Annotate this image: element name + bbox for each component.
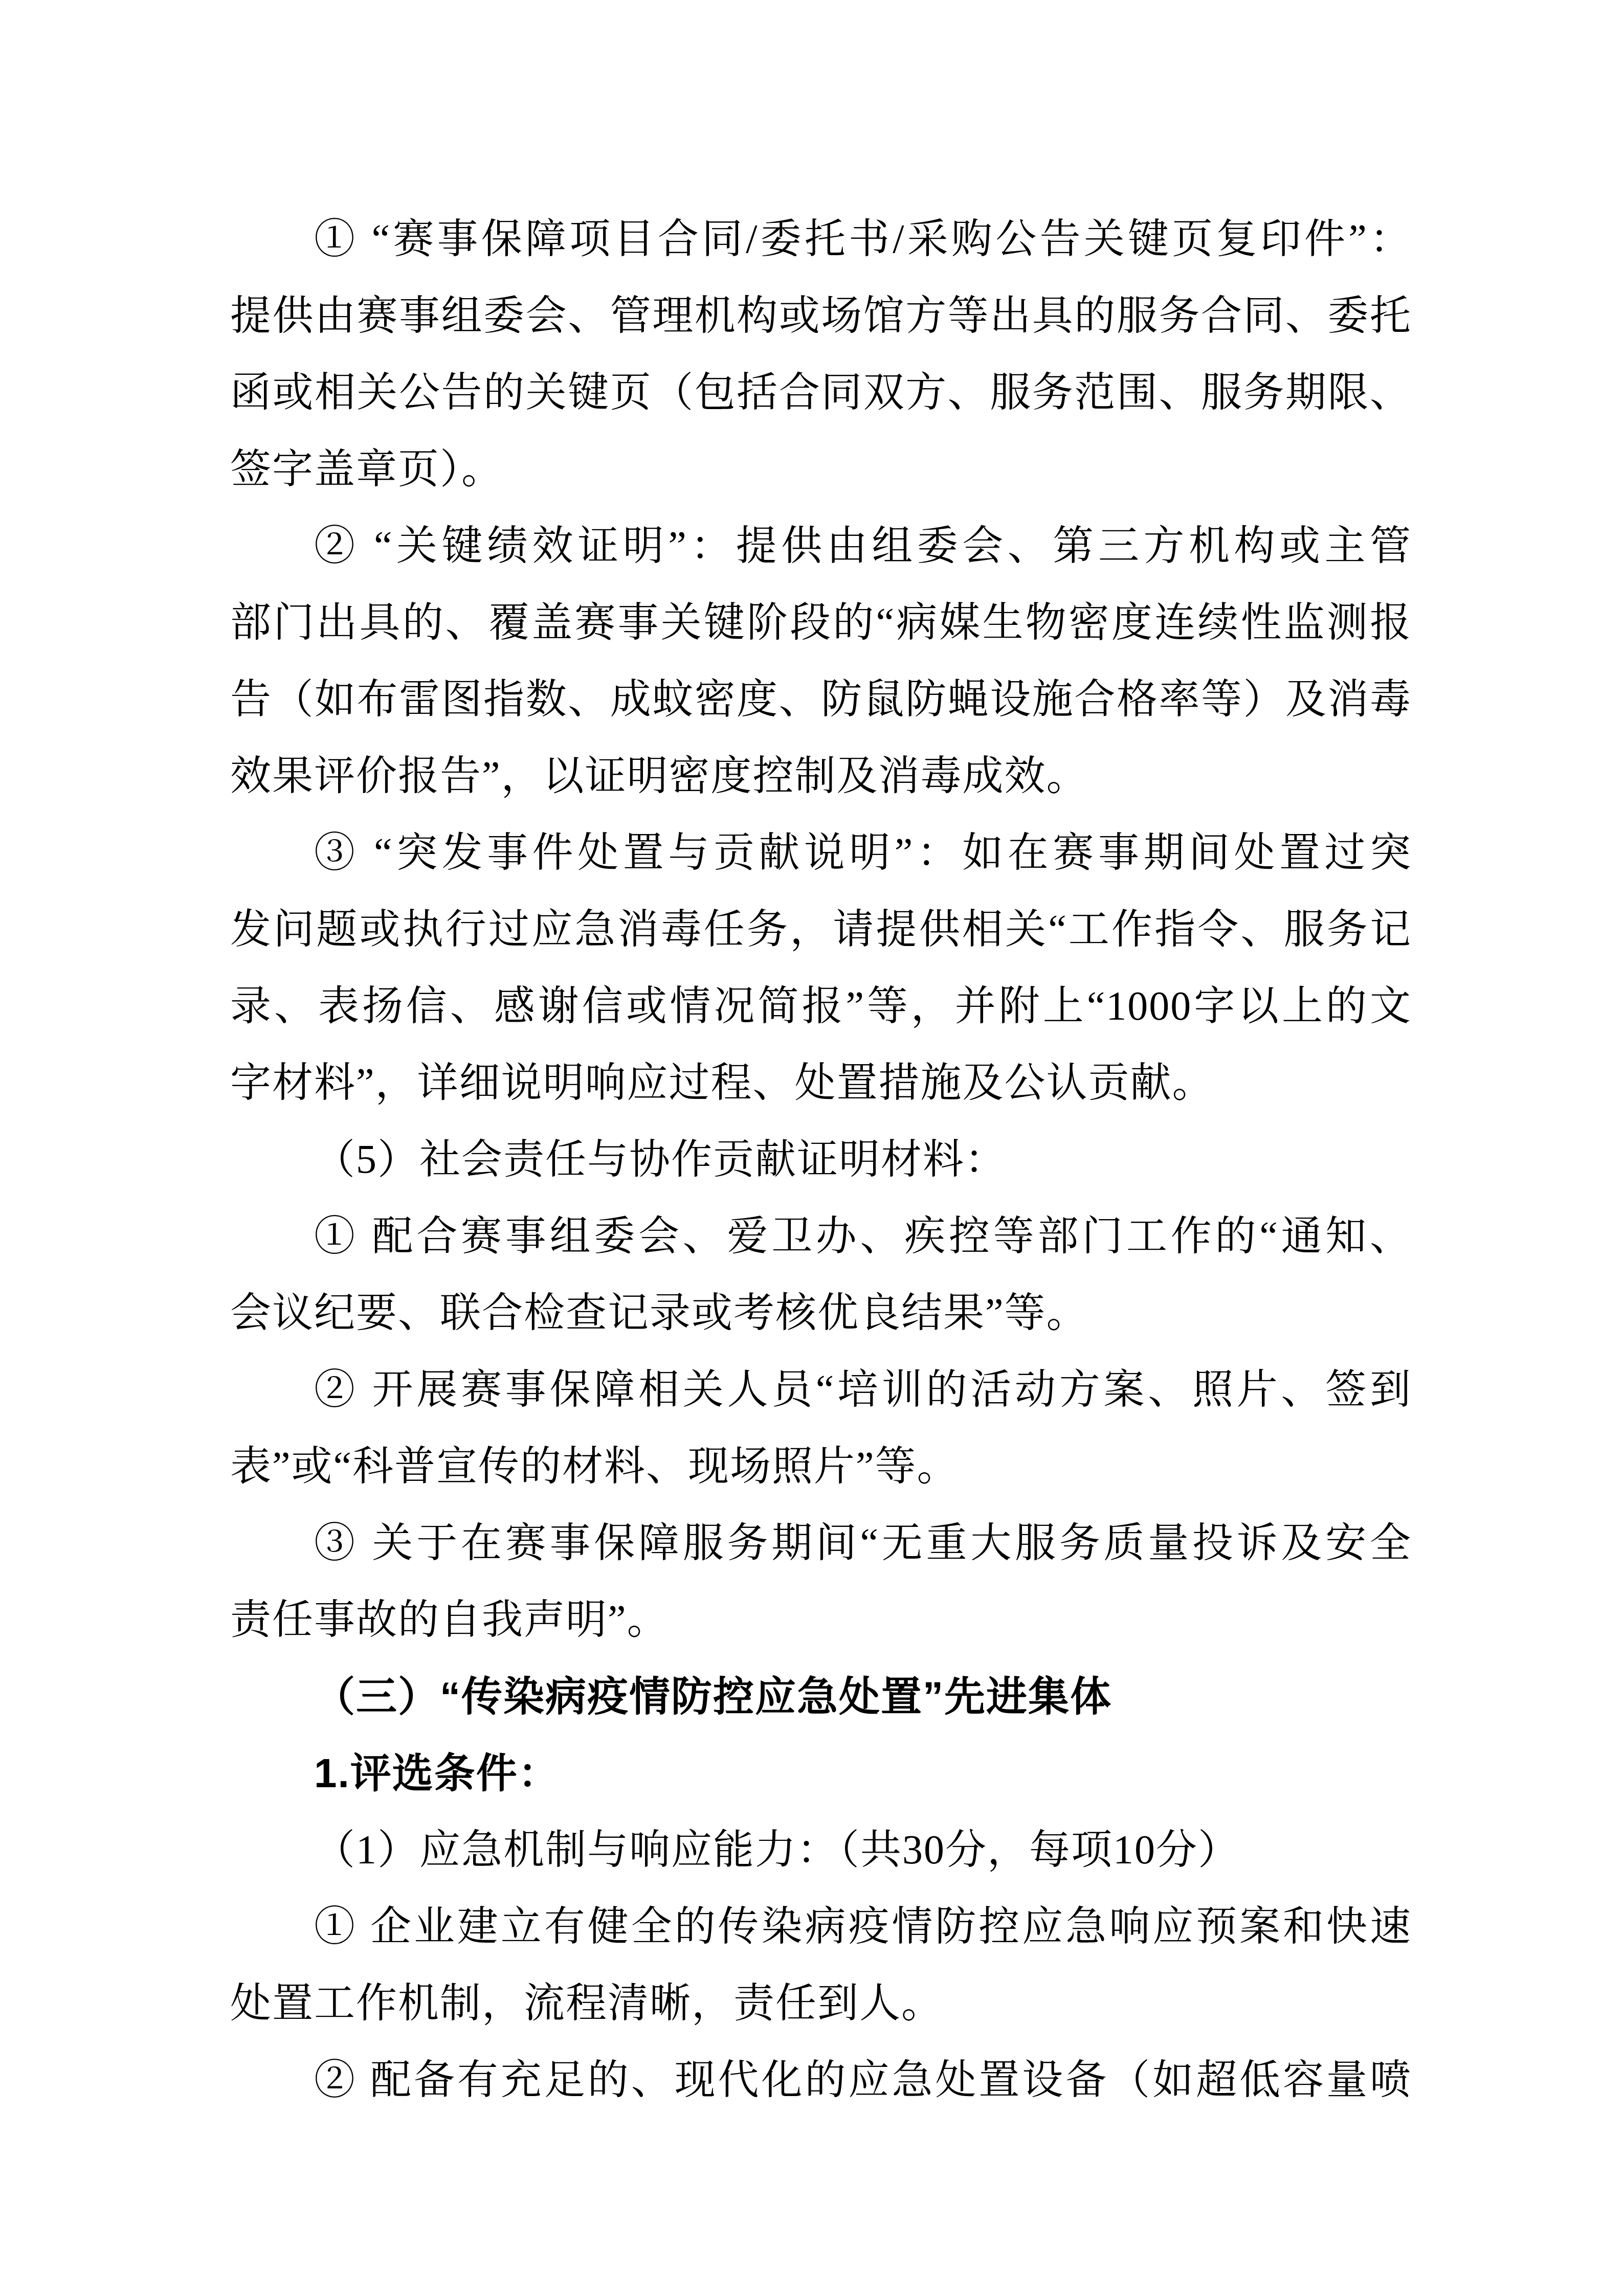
text-line: 签字盖章页）。 [230, 431, 1412, 508]
document-page: ① “赛事保障项目合同/委托书/采购公告关键页复印件”：提供由赛事组委会、管理机… [0, 0, 1624, 2296]
text-line: （1）应急机制与响应能力：（共30分，每项10分） [230, 1812, 1412, 1888]
text-line: ② 开展赛事保障相关人员“培训的活动方案、照片、签到 [230, 1352, 1412, 1428]
text-line: 责任事故的自我声明”。 [230, 1582, 1412, 1658]
text-line: 函或相关公告的关键页（包括合同双方、服务范围、服务期限、 [230, 354, 1412, 431]
text-line: ① 企业建立有健全的传染病疫情防控应急响应预案和快速 [230, 1888, 1412, 1965]
body-paragraph: （1）应急机制与响应能力：（共30分，每项10分） [230, 1812, 1412, 1888]
text-line: ③ 关于在赛事保障服务期间“无重大服务质量投诉及安全 [230, 1505, 1412, 1582]
body-paragraph: ① 配合赛事组委会、爱卫办、疾控等部门工作的“通知、会议纪要、联合检查记录或考核… [230, 1198, 1412, 1352]
page: { "page": { "width_px": 3175, "height_px… [0, 0, 1624, 2296]
text-line: （三）“传染病疫情防控应急处置”先进集体 [230, 1658, 1412, 1735]
body-paragraph: （5）社会责任与协作贡献证明材料： [230, 1121, 1412, 1198]
text-line: ② “关键绩效证明”：提供由组委会、第三方机构或主管 [230, 508, 1412, 584]
text-line: 字材料”，详细说明响应过程、处置措施及公认贡献。 [230, 1045, 1412, 1121]
body-paragraph: ② “关键绩效证明”：提供由组委会、第三方机构或主管部门出具的、覆盖赛事关键阶段… [230, 508, 1412, 815]
text-line: 发问题或执行过应急消毒任务，请提供相关“工作指令、服务记 [230, 891, 1412, 968]
heading-paragraph: 1.评选条件： [230, 1735, 1412, 1812]
text-line: 1.评选条件： [230, 1735, 1412, 1812]
text-line: 处置工作机制，流程清晰，责任到人。 [230, 1965, 1412, 2042]
text-line: （5）社会责任与协作贡献证明材料： [230, 1121, 1412, 1198]
body-paragraph: ② 开展赛事保障相关人员“培训的活动方案、照片、签到表”或“科普宣传的材料、现场… [230, 1352, 1412, 1505]
text-line: 录、表扬信、感谢信或情况简报”等，并附上“1000字以上的文 [230, 968, 1412, 1045]
text-line: 部门出具的、覆盖赛事关键阶段的“病媒生物密度连续性监测报 [230, 584, 1412, 661]
body-paragraph: ③ “突发事件处置与贡献说明”：如在赛事期间处置过突发问题或执行过应急消毒任务，… [230, 815, 1412, 1121]
text-line: 效果评价报告”，以证明密度控制及消毒成效。 [230, 738, 1412, 815]
text-line: ③ “突发事件处置与贡献说明”：如在赛事期间处置过突 [230, 815, 1412, 891]
text-line: ① 配合赛事组委会、爱卫办、疾控等部门工作的“通知、 [230, 1198, 1412, 1275]
heading-paragraph: （三）“传染病疫情防控应急处置”先进集体 [230, 1658, 1412, 1735]
text-line: 会议纪要、联合检查记录或考核优良结果”等。 [230, 1275, 1412, 1352]
text-line: 提供由赛事组委会、管理机构或场馆方等出具的服务合同、委托 [230, 278, 1412, 354]
body-paragraph: ① 企业建立有健全的传染病疫情防控应急响应预案和快速处置工作机制，流程清晰，责任… [230, 1888, 1412, 2042]
document-body: ① “赛事保障项目合同/委托书/采购公告关键页复印件”：提供由赛事组委会、管理机… [230, 201, 1412, 2119]
text-line: ② 配备有充足的、现代化的应急处置设备（如超低容量喷 [230, 2042, 1412, 2119]
body-paragraph: ② 配备有充足的、现代化的应急处置设备（如超低容量喷 [230, 2042, 1412, 2119]
body-paragraph: ③ 关于在赛事保障服务期间“无重大服务质量投诉及安全责任事故的自我声明”。 [230, 1505, 1412, 1658]
text-line: ① “赛事保障项目合同/委托书/采购公告关键页复印件”： [230, 201, 1412, 278]
text-line: 表”或“科普宣传的材料、现场照片”等。 [230, 1428, 1412, 1505]
body-paragraph: ① “赛事保障项目合同/委托书/采购公告关键页复印件”：提供由赛事组委会、管理机… [230, 201, 1412, 508]
text-line: 告（如布雷图指数、成蚊密度、防鼠防蝇设施合格率等）及消毒 [230, 661, 1412, 738]
